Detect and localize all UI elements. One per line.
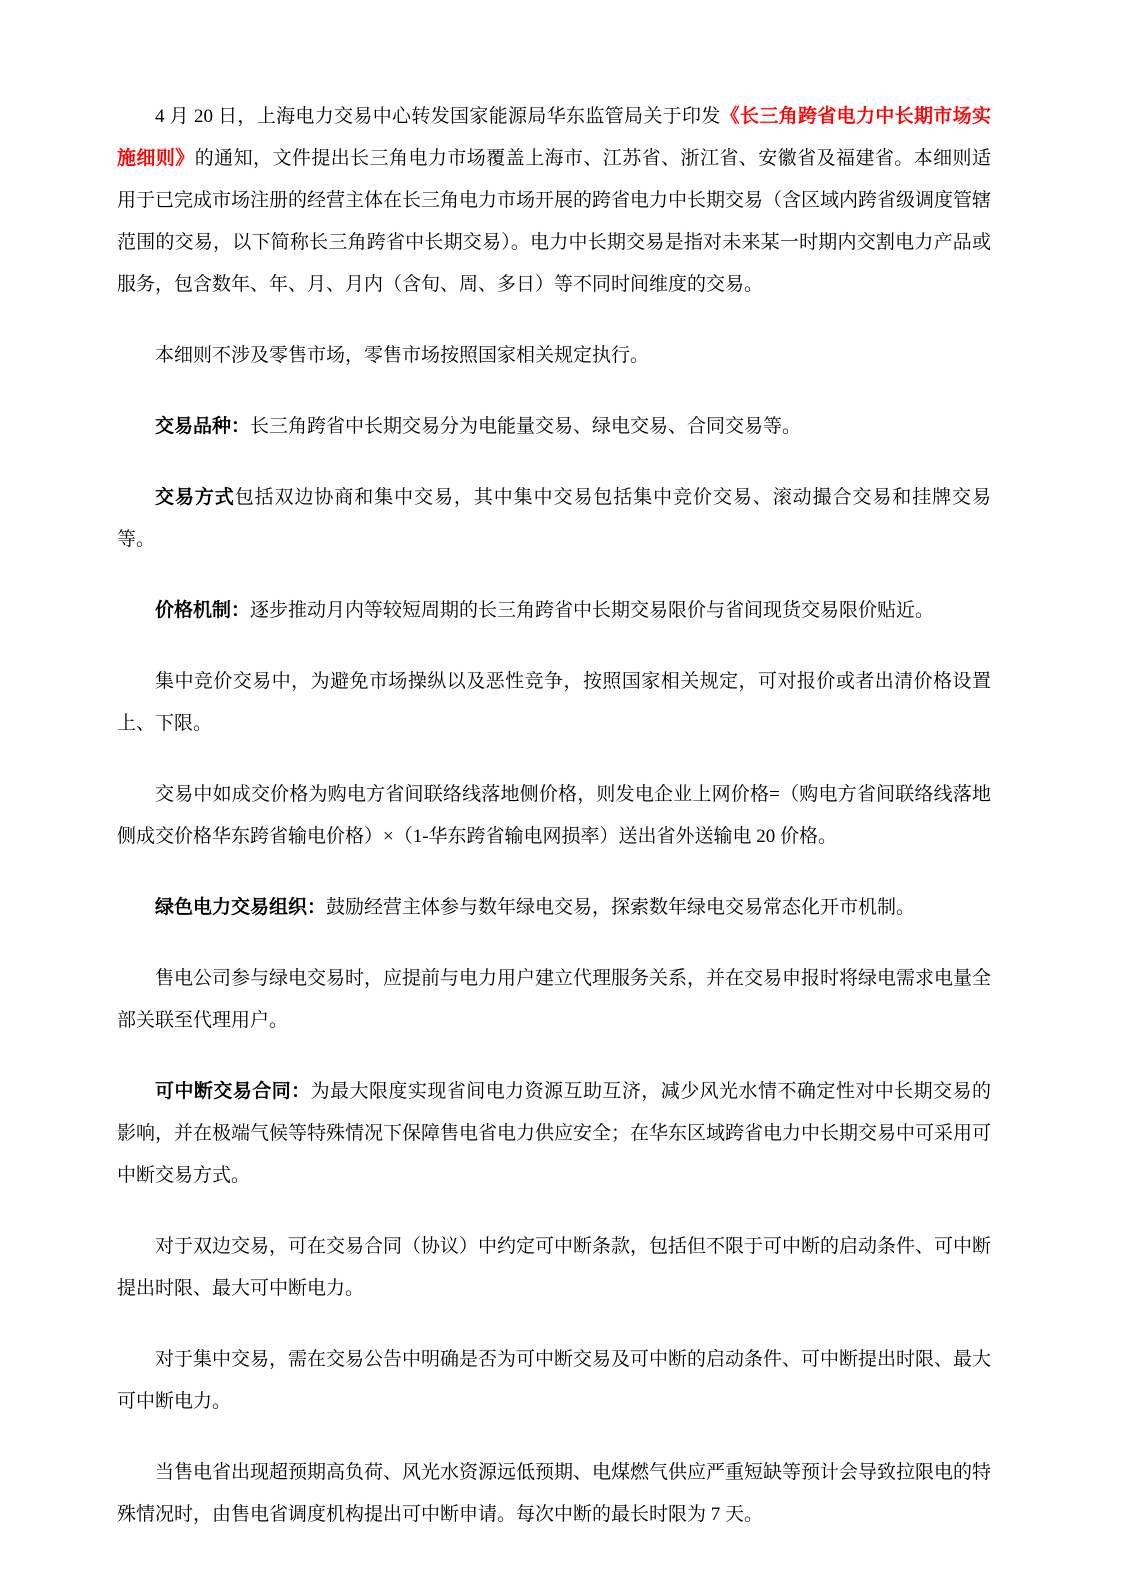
document-page: 4 月 20 日，上海电力交易中心转发国家能源局华东监管局关于印发《长三角跨省电…: [0, 0, 1122, 1587]
paragraph: 可中断交易合同：为最大限度实现省间电力资源互助互济，减少风光水情不确定性对中长期…: [117, 1071, 991, 1197]
paragraph: 交易中如成交价格为购电方省间联络线落地侧价格，则发电企业上网价格=（购电方省间联…: [117, 774, 991, 858]
text-run: 价格机制：: [155, 600, 250, 621]
text-run: 绿色电力交易组织：: [155, 897, 326, 918]
text-run: 本细则不涉及零售市场，零售市场按照国家相关规定执行。: [155, 345, 649, 366]
text-run: 的通知，文件提出长三角电力市场覆盖上海市、江苏省、浙江省、安徽省及福建省。本细则…: [117, 148, 991, 295]
document-body: 4 月 20 日，上海电力交易中心转发国家能源局华东监管局关于印发《长三角跨省电…: [117, 96, 991, 1565]
paragraph: 绿色电力交易组织：鼓励经营主体参与数年绿电交易，探索数年绿电交易常态化开市机制。: [117, 887, 991, 929]
text-run: 售电公司参与绿电交易时，应提前与电力用户建立代理服务关系，并在交易申报时将绿电需…: [117, 968, 991, 1031]
paragraph: 售电公司参与绿电交易时，应提前与电力用户建立代理服务关系，并在交易申报时将绿电需…: [117, 958, 991, 1042]
text-run: 长三角跨省中长期交易分为电能量交易、绿电交易、合同交易等。: [250, 416, 801, 437]
paragraph: 价格机制：逐步推动月内等较短周期的长三角跨省中长期交易限价与省间现货交易限价贴近…: [117, 590, 991, 632]
text-run: 对于双边交易，可在交易合同（协议）中约定可中断条款，包括但不限于可中断的启动条件…: [117, 1236, 991, 1299]
text-run: 4 月 20 日，上海电力交易中心转发国家能源局华东监管局关于印发: [155, 106, 721, 127]
paragraph: 当售电省出现超预期高负荷、风光水资源远低预期、电煤燃气供应严重短缺等预计会导致拉…: [117, 1452, 991, 1536]
paragraph: 集中竞价交易中，为避免市场操纵以及恶性竞争，按照国家相关规定，可对报价或者出清价…: [117, 661, 991, 745]
text-run: 当售电省出现超预期高负荷、风光水资源远低预期、电煤燃气供应严重短缺等预计会导致拉…: [117, 1462, 991, 1525]
text-run: 包括双边协商和集中交易，其中集中交易包括集中竞价交易、滚动撮合交易和挂牌交易等。: [117, 487, 991, 550]
text-run: 交易方式: [155, 487, 235, 508]
text-run: 交易品种：: [155, 416, 250, 437]
text-run: 鼓励经营主体参与数年绿电交易，探索数年绿电交易常态化开市机制。: [326, 897, 915, 918]
paragraph: 交易品种：长三角跨省中长期交易分为电能量交易、绿电交易、合同交易等。: [117, 406, 991, 448]
paragraph: 4 月 20 日，上海电力交易中心转发国家能源局华东监管局关于印发《长三角跨省电…: [117, 96, 991, 306]
paragraph: 本细则不涉及零售市场，零售市场按照国家相关规定执行。: [117, 335, 991, 377]
text-run: 交易中如成交价格为购电方省间联络线落地侧价格，则发电企业上网价格=（购电方省间联…: [117, 784, 991, 847]
text-run: 对于集中交易，需在交易公告中明确是否为可中断交易及可中断的启动条件、可中断提出时…: [117, 1349, 991, 1412]
text-run: 逐步推动月内等较短周期的长三角跨省中长期交易限价与省间现货交易限价贴近。: [250, 600, 934, 621]
text-run: 集中竞价交易中，为避免市场操纵以及恶性竞争，按照国家相关规定，可对报价或者出清价…: [117, 671, 991, 734]
paragraph: 对于集中交易，需在交易公告中明确是否为可中断交易及可中断的启动条件、可中断提出时…: [117, 1339, 991, 1423]
paragraph: 交易方式包括双边协商和集中交易，其中集中交易包括集中竞价交易、滚动撮合交易和挂牌…: [117, 477, 991, 561]
paragraph: 对于双边交易，可在交易合同（协议）中约定可中断条款，包括但不限于可中断的启动条件…: [117, 1226, 991, 1310]
text-run: 可中断交易合同：: [155, 1081, 311, 1102]
